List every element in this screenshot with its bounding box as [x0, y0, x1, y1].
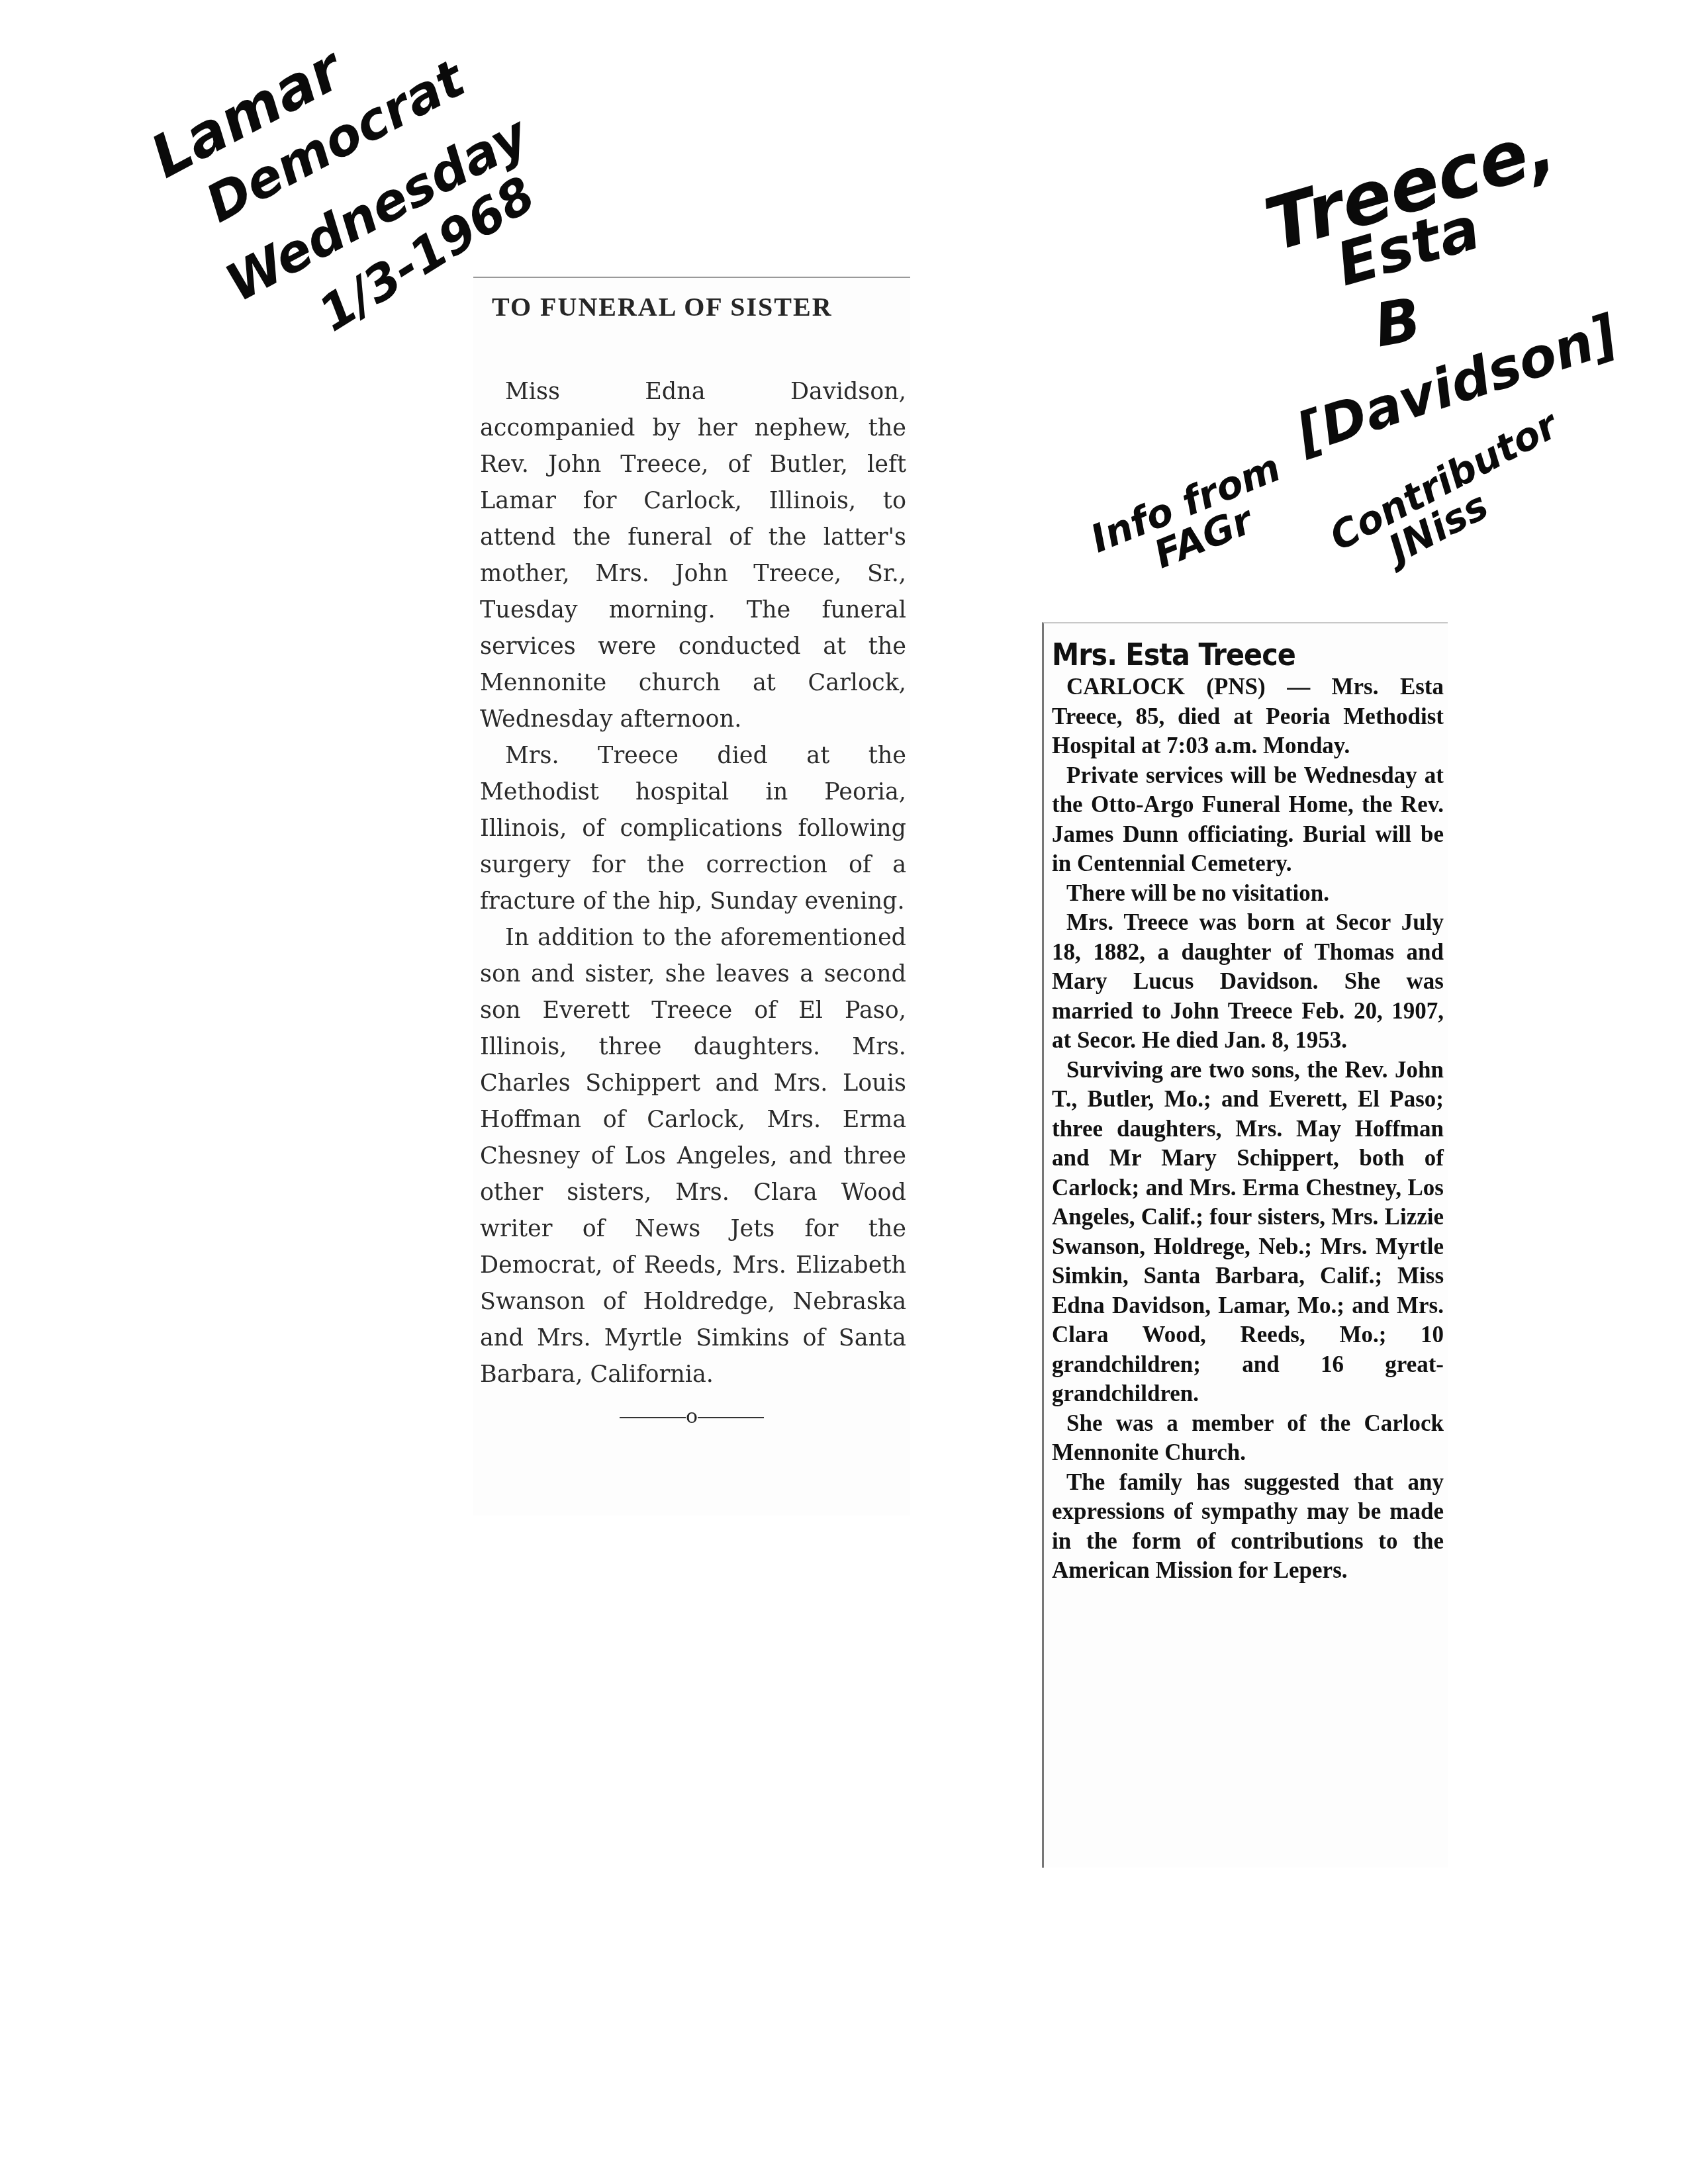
obituary-headline: Mrs. Esta Treece: [1052, 637, 1448, 672]
obituary-paragraph: CARLOCK (PNS) — Mrs. Esta Treece, 85, di…: [1052, 672, 1444, 761]
clipping-headline: TO FUNERAL OF SISTER: [492, 291, 910, 322]
handwritten-initial-b: B: [1370, 290, 1425, 357]
clipping-paragraph: Miss Edna Davidson, accompanied by her n…: [480, 374, 906, 738]
handwritten-info-note: Info from FAGr: [1086, 448, 1300, 594]
obituary-paragraph: Mrs. Treece was born at Secor July 18, 1…: [1052, 908, 1444, 1056]
clipping-to-funeral-of-sister: TO FUNERAL OF SISTER Miss Edna Davidson,…: [473, 277, 910, 1516]
obituary-body: CARLOCK (PNS) — Mrs. Esta Treece, 85, di…: [1052, 672, 1444, 1586]
section-separator: o: [473, 1405, 910, 1428]
obituary-paragraph: She was a member of the Carlock Mennonit…: [1052, 1409, 1444, 1468]
obituary-paragraph: There will be no visitation.: [1052, 879, 1444, 909]
obituary-paragraph: The family has suggested that any expres…: [1052, 1468, 1444, 1586]
clipping-paragraph: In addition to the aforementioned son an…: [480, 920, 906, 1393]
handwritten-davidson: [Davidson]: [1291, 308, 1624, 462]
clipping-obituary-esta-treece: Mrs. Esta Treece CARLOCK (PNS) — Mrs. Es…: [1042, 622, 1448, 1868]
obituary-paragraph: Private services will be Wednesday at th…: [1052, 761, 1444, 879]
clipping-paragraph: Mrs. Treece died at the Methodist hospit…: [480, 738, 906, 920]
clipping-body: Miss Edna Davidson, accompanied by her n…: [480, 374, 906, 1393]
obituary-paragraph: Surviving are two sons, the Rev. John T.…: [1052, 1056, 1444, 1409]
